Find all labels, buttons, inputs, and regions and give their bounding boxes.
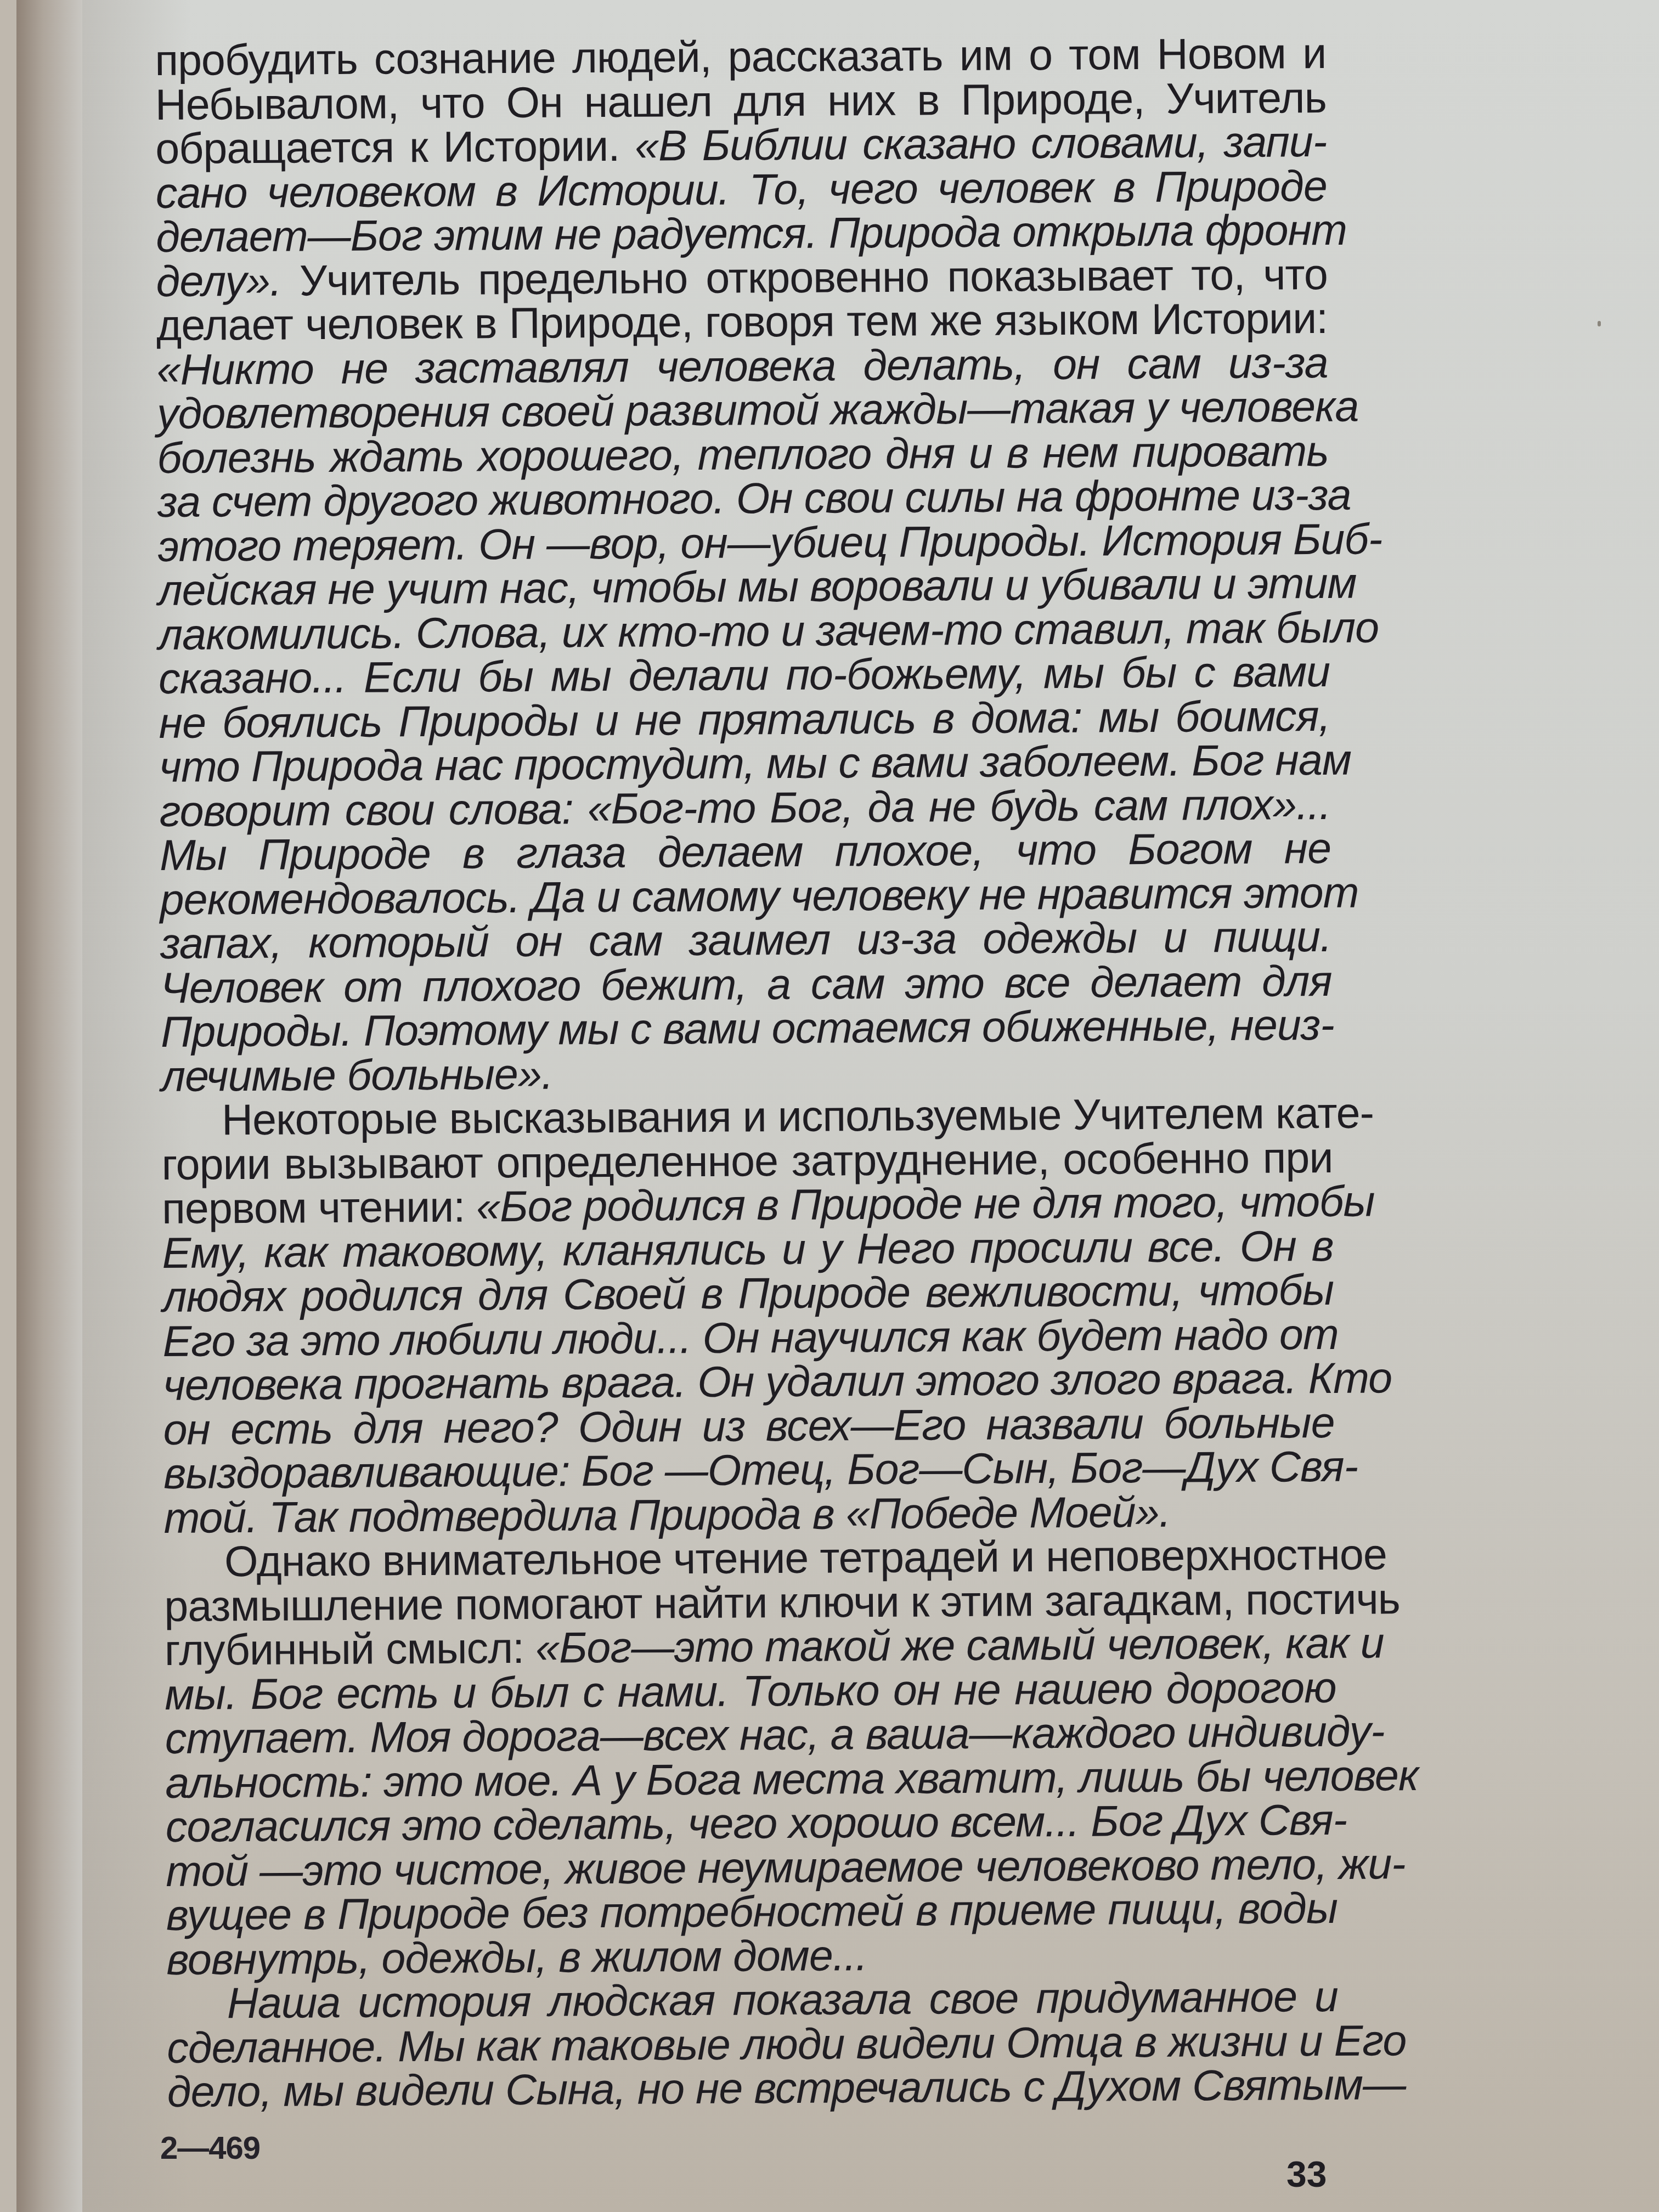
paper-speck: [1598, 321, 1601, 326]
body-text: пробудить сознание людей, рассказать им …: [155, 31, 1339, 2114]
text-line: Природы. Поэтому мы с вами остаемся обиж…: [161, 1003, 1332, 1054]
body-text-run: первом чтении:: [162, 1182, 477, 1232]
body-text-run: обращается к Истории.: [155, 121, 635, 173]
adjacent-page-edge: [0, 0, 16, 2212]
quoted-text: Природы. Поэтому мы с вами остаемся обиж…: [161, 1000, 1334, 1056]
body-text-run: глубинный смысл:: [165, 1623, 536, 1674]
page-number: 33: [1286, 2153, 1327, 2195]
book-gutter-shadow: [16, 0, 82, 2212]
quoted-text: дело, мы видели Сына, но не встречались …: [167, 2059, 1406, 2116]
printer-signature-mark: 2—469: [160, 2130, 260, 2166]
text-line: вущее в Природе без потребностей в прием…: [166, 1886, 1338, 1938]
text-line: дело, мы видели Сына, но не встречались …: [167, 2063, 1339, 2114]
quoted-text: лечимые больные».: [161, 1049, 553, 1100]
quoted-text: делу».: [156, 256, 300, 306]
